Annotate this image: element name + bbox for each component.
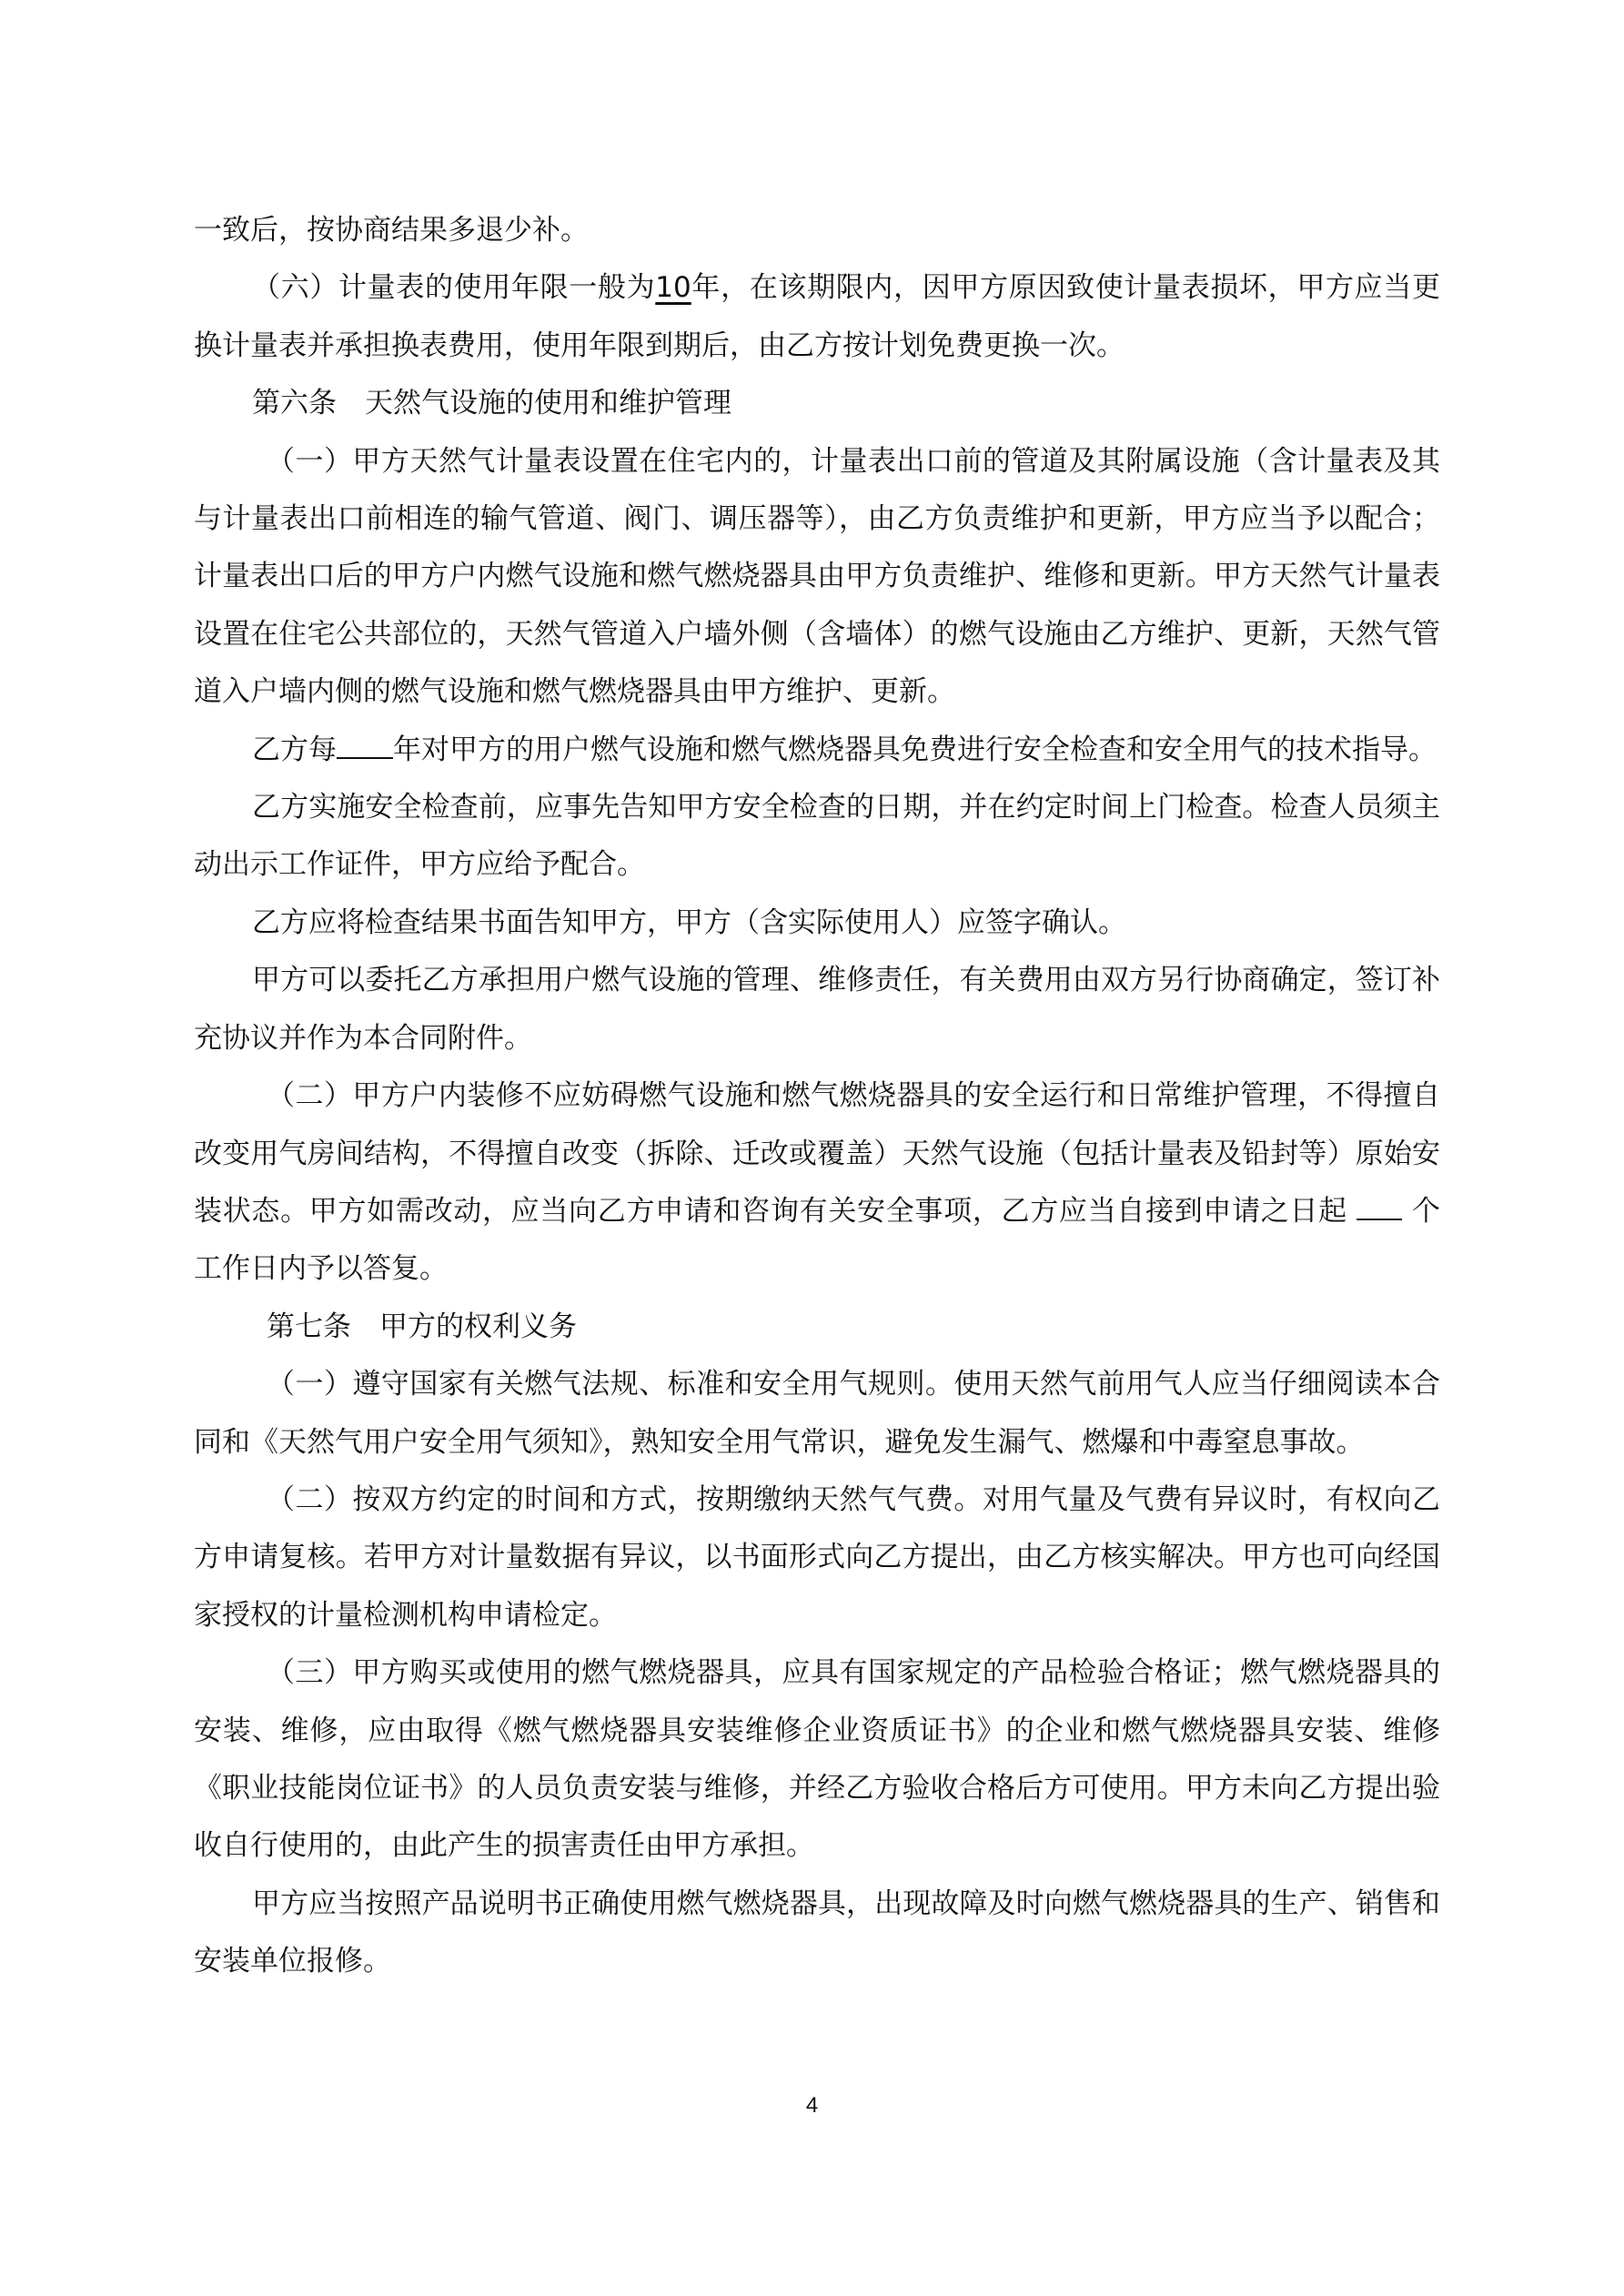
clause-2-prefix: （二）甲方户内装修不应妨碍燃气设施和燃气燃烧器具的安全运行和日常维护管理，不得擅…	[194, 1079, 1440, 1228]
article-6-clause-1: （一）甲方天然气计量表设置在住宅内的，计量表出口前的管道及其附属设施（含计量表及…	[194, 433, 1440, 722]
article-6-heading: 第六条 天然气设施的使用和维护管理	[194, 375, 1440, 432]
paragraph-continuation: 一致后，按协商结果多退少补。	[194, 202, 1440, 259]
document-body: 一致后，按协商结果多退少补。 （六）计量表的使用年限一般为10年，在该期限内，因…	[194, 202, 1440, 1991]
entrust-paragraph: 甲方可以委托乙方承担用户燃气设施的管理、维修责任，有关费用由双方另行协商确定，签…	[194, 952, 1440, 1067]
article-7-heading: 第七条 甲方的权利义务	[194, 1299, 1440, 1356]
reply-days-blank	[1357, 1193, 1402, 1220]
article-7-clause-1: （一）遵守国家有关燃气法规、标准和安全用气规则。使用天然气前用气人应当仔细阅读本…	[194, 1356, 1440, 1472]
inspection-notice-paragraph: 乙方实施安全检查前，应事先告知甲方安全检查的日期，并在约定时间上门检查。检查人员…	[194, 779, 1440, 895]
article-6-clause-2: （二）甲方户内装修不应妨碍燃气设施和燃气燃烧器具的安全运行和日常维护管理，不得擅…	[194, 1067, 1440, 1299]
meter-lifespan-prefix: （六）计量表的使用年限一般为	[252, 271, 655, 304]
inspection-frequency-suffix: 年对甲方的用户燃气设施和燃气燃烧器具免费进行安全检查和安全用气的技术指导。	[393, 733, 1437, 766]
paragraph-meter-lifespan: （六）计量表的使用年限一般为10年，在该期限内，因甲方原因致使计量表损坏，甲方应…	[194, 259, 1440, 375]
page-number: 4	[0, 2093, 1624, 2119]
appliance-usage-paragraph: 甲方应当按照产品说明书正确使用燃气燃烧器具，出现故障及时向燃气燃烧器具的生产、销…	[194, 1876, 1440, 1991]
inspection-frequency-paragraph: 乙方每年对甲方的用户燃气设施和燃气燃烧器具免费进行安全检查和安全用气的技术指导。	[194, 722, 1440, 779]
article-7-clause-2: （二）按双方约定的时间和方式，按期缴纳天然气气费。对用气量及气费有异议时，有权向…	[194, 1472, 1440, 1644]
article-7-clause-3: （三）甲方购买或使用的燃气燃烧器具，应具有国家规定的产品检验合格证；燃气燃烧器具…	[194, 1644, 1440, 1876]
meter-lifespan-years: 10	[655, 271, 691, 304]
inspection-frequency-prefix: 乙方每	[252, 733, 337, 766]
document-page: 一致后，按协商结果多退少补。 （六）计量表的使用年限一般为10年，在该期限内，因…	[0, 0, 1624, 2296]
inspection-result-paragraph: 乙方应将检查结果书面告知甲方，甲方（含实际使用人）应签字确认。	[194, 895, 1440, 952]
inspection-years-blank	[337, 732, 393, 759]
